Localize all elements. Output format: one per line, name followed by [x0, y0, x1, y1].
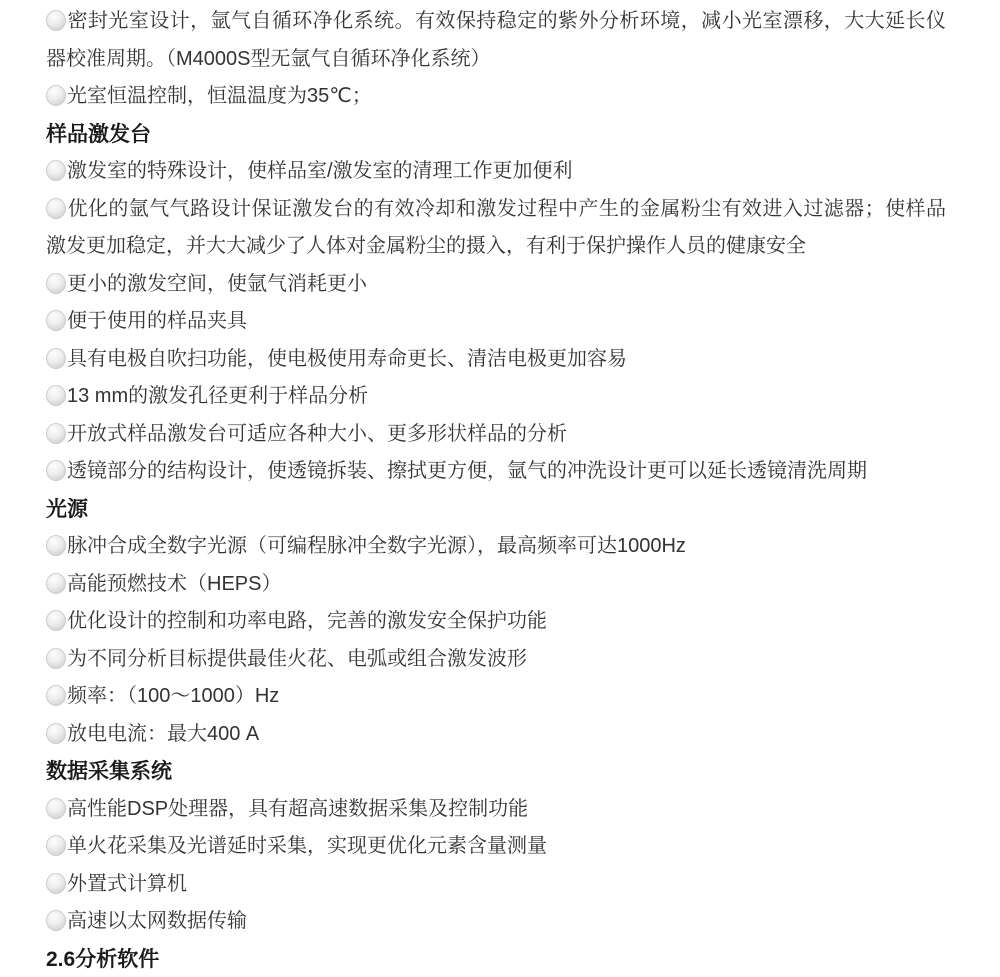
heading-analysis-software: 2.6分析软件	[46, 941, 946, 977]
bullet-item: 具有电极自吹扫功能，使电极使用寿命更长、清洁电极更加容易	[46, 341, 946, 379]
bullet-text: 透镜部分的结构设计，使透镜拆装、擦拭更方便，氩气的冲洗设计更可以延长透镜清洗周期	[67, 460, 867, 482]
bullet-text: 更小的激发空间，使氩气消耗更小	[67, 273, 367, 295]
bullet-item: 激发室的特殊设计，使样品室/激发室的清理工作更加便利	[46, 153, 946, 191]
sphere-bullet-icon	[46, 348, 66, 369]
bullet-item: 为不同分析目标提供最佳火花、电弧或组合激发波形	[46, 641, 946, 679]
sphere-bullet-icon	[46, 385, 66, 406]
sphere-bullet-icon	[46, 273, 66, 294]
sphere-bullet-icon	[46, 910, 66, 931]
bullet-text: 脉冲合成全数字光源（可编程脉冲全数字光源），最高频率可达1000Hz	[67, 535, 686, 557]
bullet-text: 密封光室设计，氩气自循环净化系统。有效保持稳定的紫外分析环境，减小光室漂移，大大…	[46, 10, 946, 70]
bullet-item: 高能预燃技术（HEPS）	[46, 566, 946, 604]
sphere-bullet-icon	[46, 85, 66, 106]
bullet-text: 优化设计的控制和功率电路，完善的激发安全保护功能	[67, 610, 547, 632]
bullet-item: 高性能DSP处理器，具有超高速数据采集及控制功能	[46, 791, 946, 829]
bullet-item: 13 mm的激发孔径更利于样品分析	[46, 378, 946, 416]
heading-light-source: 光源	[46, 491, 946, 529]
bullet-text: 高性能DSP处理器，具有超高速数据采集及控制功能	[67, 798, 528, 820]
sphere-bullet-icon	[46, 648, 66, 669]
bullet-item: 更小的激发空间，使氩气消耗更小	[46, 266, 946, 304]
sphere-bullet-icon	[46, 835, 66, 856]
sphere-bullet-icon	[46, 423, 66, 444]
sphere-bullet-icon	[46, 198, 66, 219]
bullet-item: 高速以太网数据传输	[46, 903, 946, 941]
bullet-text: 频率：（100～1000）Hz	[67, 685, 279, 707]
bullet-item: 开放式样品激发台可适应各种大小、更多形状样品的分析	[46, 416, 946, 454]
bullet-text: 光室恒温控制，恒温温度为35℃；	[67, 85, 372, 107]
bullet-item: 优化的氩气气路设计保证激发台的有效冷却和激发过程中产生的金属粉尘有效进入过滤器；…	[46, 191, 946, 266]
sphere-bullet-icon	[46, 610, 66, 631]
sphere-bullet-icon	[46, 685, 66, 706]
bullet-text: 13 mm的激发孔径更利于样品分析	[67, 385, 368, 407]
bullet-text: 高能预燃技术（HEPS）	[67, 573, 281, 595]
bullet-item: 密封光室设计，氩气自循环净化系统。有效保持稳定的紫外分析环境，减小光室漂移，大大…	[46, 3, 946, 78]
bullet-item: 便于使用的样品夹具	[46, 303, 946, 341]
sphere-bullet-icon	[46, 10, 66, 31]
bullet-item: 透镜部分的结构设计，使透镜拆装、擦拭更方便，氩气的冲洗设计更可以延长透镜清洗周期	[46, 453, 946, 491]
bullet-item: 优化设计的控制和功率电路，完善的激发安全保护功能	[46, 603, 946, 641]
sphere-bullet-icon	[46, 723, 66, 744]
bullet-item: 脉冲合成全数字光源（可编程脉冲全数字光源），最高频率可达1000Hz	[46, 528, 946, 566]
sphere-bullet-icon	[46, 160, 66, 181]
bullet-item: 频率：（100～1000）Hz	[46, 678, 946, 716]
bullet-text: 便于使用的样品夹具	[67, 310, 247, 332]
document-body: 密封光室设计，氩气自循环净化系统。有效保持稳定的紫外分析环境，减小光室漂移，大大…	[0, 0, 1000, 977]
bullet-text: 优化的氩气气路设计保证激发台的有效冷却和激发过程中产生的金属粉尘有效进入过滤器；…	[46, 198, 946, 258]
bullet-text: 放电电流：最大400 A	[67, 723, 259, 745]
sphere-bullet-icon	[46, 310, 66, 331]
bullet-item: 外置式计算机	[46, 866, 946, 904]
sphere-bullet-icon	[46, 460, 66, 481]
sphere-bullet-icon	[46, 535, 66, 556]
sphere-bullet-icon	[46, 873, 66, 894]
bullet-text: 激发室的特殊设计，使样品室/激发室的清理工作更加便利	[67, 160, 573, 182]
bullet-item: 单火花采集及光谱延时采集，实现更优化元素含量测量	[46, 828, 946, 866]
bullet-text: 开放式样品激发台可适应各种大小、更多形状样品的分析	[67, 423, 567, 445]
sphere-bullet-icon	[46, 573, 66, 594]
bullet-text: 单火花采集及光谱延时采集，实现更优化元素含量测量	[67, 835, 547, 857]
bullet-item: 光室恒温控制，恒温温度为35℃；	[46, 78, 946, 116]
bullet-text: 高速以太网数据传输	[67, 910, 247, 932]
heading-data-acquisition-system: 数据采集系统	[46, 753, 946, 791]
bullet-item: 放电电流：最大400 A	[46, 716, 946, 754]
bullet-text: 为不同分析目标提供最佳火花、电弧或组合激发波形	[67, 648, 527, 670]
heading-sample-excitation-stand: 样品激发台	[46, 116, 946, 154]
bullet-text: 外置式计算机	[67, 873, 187, 895]
bullet-text: 具有电极自吹扫功能，使电极使用寿命更长、清洁电极更加容易	[67, 348, 627, 370]
sphere-bullet-icon	[46, 798, 66, 819]
